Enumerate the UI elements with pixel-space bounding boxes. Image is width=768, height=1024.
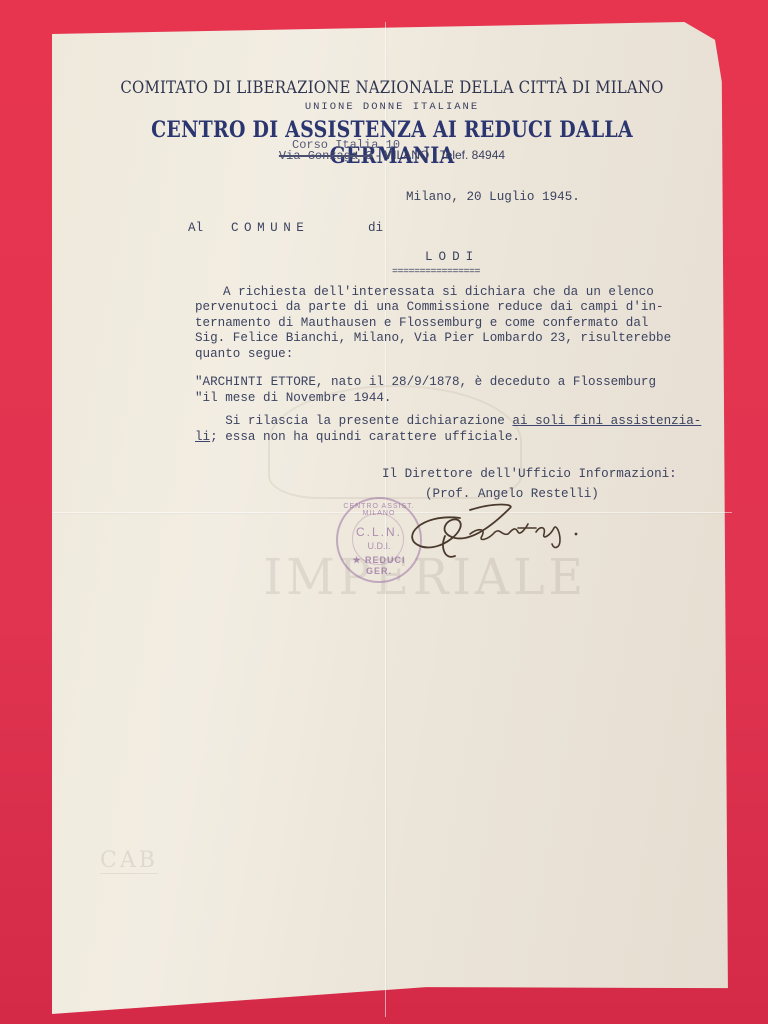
recipient-city: LODI	[425, 250, 479, 266]
handwritten-signature	[400, 498, 630, 568]
letter-date: Milano, 20 Luglio 1945.	[406, 190, 580, 206]
letterhead-address: Corso Italia 10 Via Gonzaga 3 - MILANO -…	[52, 148, 732, 163]
paragraph-3-lead: Si rilascia la presente dichiarazione	[195, 414, 512, 428]
cab-watermark: CAB	[100, 848, 158, 874]
paragraph-3-underlined-b: li	[195, 430, 210, 444]
recipient-body: COMUNE	[231, 221, 309, 237]
recipient-of: di	[368, 221, 383, 237]
paragraph-3-underlined-a: ai soli fini assistenzia-	[512, 414, 701, 428]
paragraph-1-first-line: A richiesta dell'interessata si dichiara…	[195, 285, 654, 301]
quoted-statement: "ARCHINTI ETTORE, nato il 28/9/1878, è d…	[195, 375, 656, 406]
paragraph-1-body: pervenutoci da parte di una Commissione …	[195, 300, 671, 362]
recipient-prefix: Al	[188, 221, 203, 237]
signatory-title: Il Direttore dell'Ufficio Informazioni:	[382, 467, 677, 483]
paragraph-3-tail: ; essa non ha quindi carattere ufficiale…	[210, 430, 520, 444]
letterhead-union: UNIONE DONNE ITALIANE	[52, 101, 732, 113]
letterhead-committee: COMITATO DI LIBERAZIONE NAZIONALE DELLA …	[93, 78, 691, 98]
paragraph-3: Si rilascia la presente dichiarazione ai…	[195, 414, 701, 445]
address-correction: Corso Italia 10	[292, 138, 400, 152]
city-underline: ================	[392, 265, 480, 281]
